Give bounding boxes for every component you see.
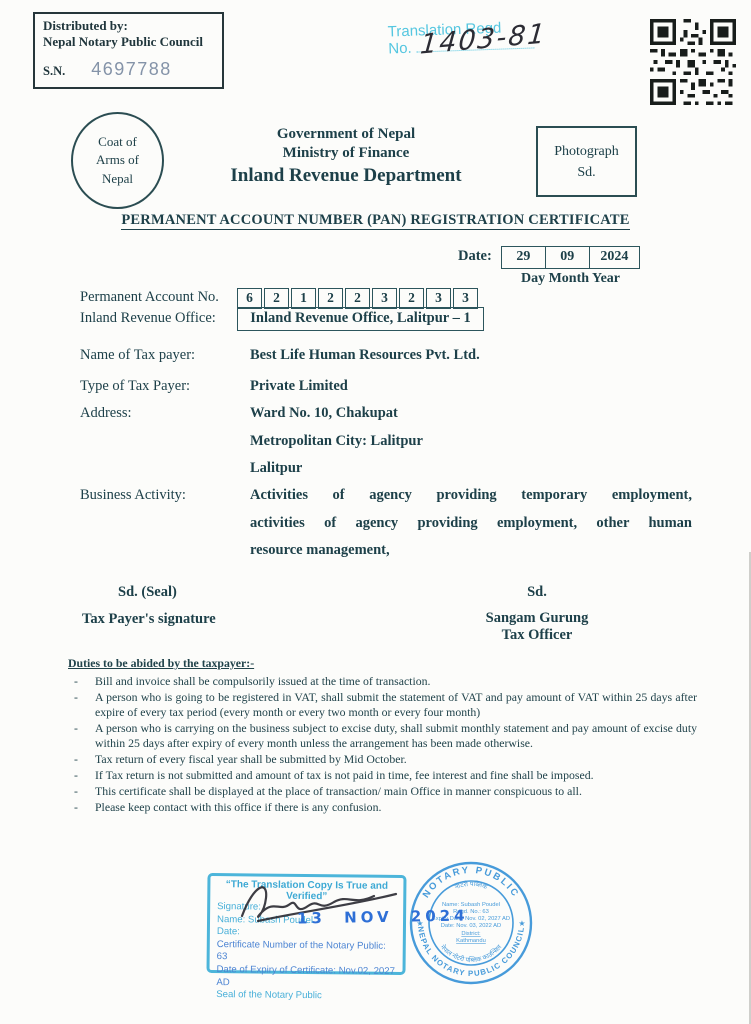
- translation-regd-no-label: No.: [388, 40, 412, 58]
- distributor-org: Nepal Notary Public Council: [43, 34, 214, 50]
- pan-digit: 6: [237, 288, 262, 309]
- date-label: Date:: [458, 248, 492, 265]
- date-box: 29 09 2024: [501, 246, 640, 269]
- duties-section: Duties to be abided by the taxpayer:- Bi…: [68, 656, 697, 816]
- pan-digit-boxes: 6 2 1 2 2 3 2 3 3: [237, 288, 478, 309]
- officer-title: Tax Officer: [452, 627, 622, 644]
- date-year: 2024: [589, 247, 639, 268]
- address-label: Address:: [80, 405, 132, 422]
- business-activity-line: activities of agency providing employmen…: [250, 515, 692, 532]
- pan-digit: 3: [426, 288, 451, 309]
- photograph-sd: Sd.: [577, 162, 595, 183]
- svg-text:नोटरी पब्लिक: नोटरी पब्लिक: [454, 880, 488, 891]
- duties-heading: Duties to be abided by the taxpayer:-: [68, 656, 697, 671]
- date-caption: Day Month Year: [498, 271, 643, 287]
- distributor-title: Distributed by:: [43, 18, 214, 34]
- office-value-box: Inland Revenue Office, Lalitpur – 1: [237, 307, 484, 331]
- letterhead: Government of Nepal Ministry of Finance …: [170, 126, 522, 187]
- round-stamp-row: District:: [461, 931, 481, 937]
- pan-label: Permanent Account No.: [80, 289, 219, 306]
- pan-digit: 1: [291, 288, 316, 309]
- stamp-seal-line: Seal of the Notary Public: [216, 989, 395, 1003]
- date-month: 09: [545, 247, 589, 268]
- round-stamp-row: Kathmandu: [456, 938, 486, 944]
- business-activity-line: resource management,: [250, 542, 390, 559]
- duty-item: Bill and invoice shall be compulsorily i…: [68, 674, 697, 689]
- photograph-box: Photograph Sd.: [536, 126, 637, 197]
- ministry-line: Ministry of Finance: [170, 145, 522, 162]
- government-line: Government of Nepal: [170, 126, 522, 143]
- officer-name: Sangam Gurung: [452, 610, 622, 627]
- duty-item: Please keep contact with this office if …: [68, 800, 697, 815]
- coat-line1: Coat of: [98, 133, 137, 151]
- pan-digit: 3: [372, 288, 397, 309]
- qr-code-icon: [646, 15, 740, 109]
- pan-digit: 2: [345, 288, 370, 309]
- date-stamp: 13 NOV 2024: [297, 907, 469, 928]
- certificate-title: PERMANENT ACCOUNT NUMBER (PAN) REGISTRAT…: [0, 211, 751, 229]
- serial-number-label: S.N.: [43, 64, 65, 79]
- duty-item: A person who is carrying on the business…: [68, 721, 697, 751]
- serial-number-value: 4697788: [91, 59, 172, 80]
- duty-item: This certificate shall be displayed at t…: [68, 784, 697, 799]
- department-line: Inland Revenue Department: [170, 165, 522, 187]
- type-label: Type of Tax Payer:: [80, 378, 190, 395]
- officer-sd: Sd.: [452, 584, 622, 601]
- pan-digit: 3: [453, 288, 478, 309]
- stamp-cert-number-line: Certificate Number of the Notary Public:…: [217, 939, 396, 966]
- pan-digit: 2: [264, 288, 289, 309]
- stamp-expiry-line: Date of Expiry of Certificate: Nov.02, 2…: [216, 964, 395, 991]
- duty-item: If Tax return is not submitted and amoun…: [68, 768, 697, 783]
- officer-signature-block: Sd. Sangam Gurung Tax Officer: [452, 584, 622, 644]
- pan-digit: 2: [318, 288, 343, 309]
- distributor-box: Distributed by: Nepal Notary Public Coun…: [33, 12, 224, 89]
- pan-registration-certificate: Distributed by: Nepal Notary Public Coun…: [0, 0, 751, 1024]
- round-stamp-devanagari-bottom: नेपाल नोटरी पब्लिक काउन्सिल: [439, 943, 504, 964]
- type-value: Private Limited: [250, 378, 348, 395]
- seal-label: Sd. (Seal): [118, 584, 177, 601]
- coat-of-arms: Coat of Arms of Nepal: [71, 112, 164, 209]
- coat-line3: Nepal: [102, 170, 133, 188]
- svg-text:नेपाल नोटरी पब्लिक काउन्सिल: नेपाल नोटरी पब्लिक काउन्सिल: [439, 943, 504, 964]
- business-activity-label: Business Activity:: [80, 487, 186, 504]
- pan-digit: 2: [399, 288, 424, 309]
- name-label: Name of Tax payer:: [80, 347, 195, 364]
- duties-list: Bill and invoice shall be compulsorily i…: [68, 674, 697, 815]
- round-stamp-devanagari-top: नोटरी पब्लिक: [454, 880, 488, 891]
- duty-item: A person who is going to be registered i…: [68, 690, 697, 720]
- name-value: Best Life Human Resources Pvt. Ltd.: [250, 347, 480, 364]
- business-activity-line: Activities of agency providing temporary…: [250, 487, 692, 504]
- duty-item: Tax return of every fiscal year shall be…: [68, 752, 697, 767]
- photograph-label: Photograph: [554, 141, 619, 162]
- star-icon: ★: [518, 919, 525, 928]
- address-line: Lalitpur: [250, 460, 302, 477]
- office-label: Inland Revenue Office:: [80, 310, 216, 327]
- date-day: 29: [502, 247, 545, 268]
- coat-line2: Arms of: [96, 151, 139, 169]
- taxpayer-signature-label: Tax Payer's signature: [82, 611, 216, 628]
- address-line: Metropolitan City: Lalitpur: [250, 433, 423, 450]
- address-line: Ward No. 10, Chakupat: [250, 405, 398, 422]
